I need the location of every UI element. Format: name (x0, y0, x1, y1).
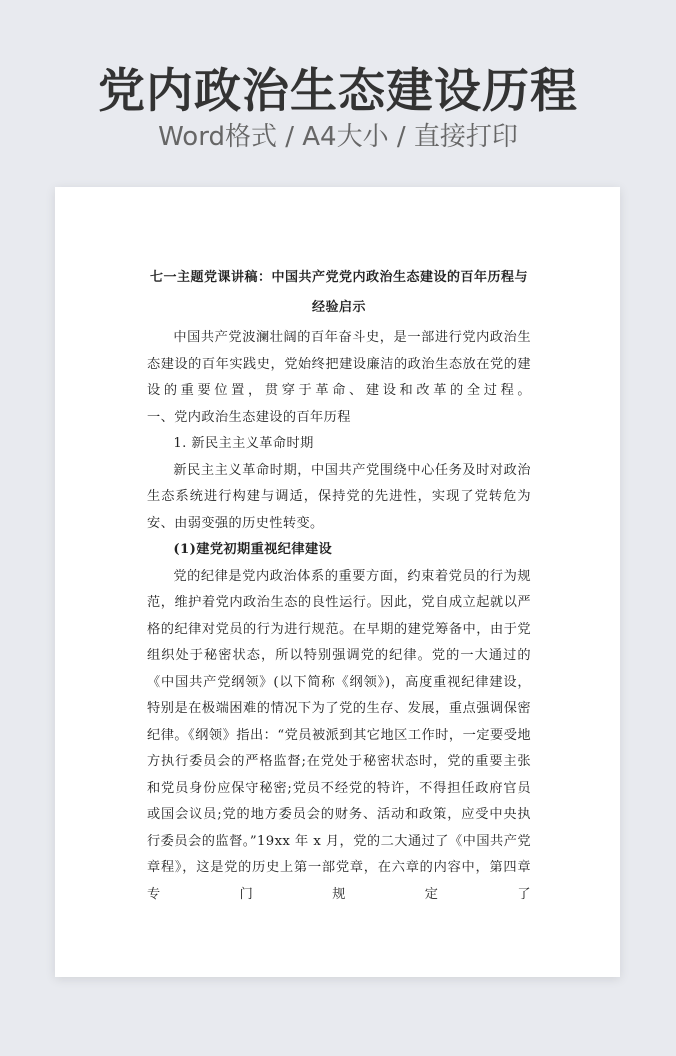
paragraph: 党的纪律是党内政治体系的重要方面，约束着党员的行为规范，维护着党内政治生态的良性… (147, 564, 531, 909)
banner-title: 党内政治生态建设历程 (0, 62, 676, 122)
section-heading: 一、党内政治生态建设的百年历程 (147, 405, 531, 432)
subsubsection-heading: (1)建党初期重视纪律建设 (147, 537, 531, 564)
banner-subtitle: Word格式 / A4大小 / 直接打印 (0, 120, 676, 154)
intro-paragraph: 中国共产党波澜壮阔的百年奋斗史，是一部进行党内政治生态建设的百年实践史，党始终把… (147, 325, 531, 405)
document-title: 七一主题党课讲稿：中国共产党党内政治生态建设的百年历程与经验启示 (147, 263, 531, 323)
document-body: 七一主题党课讲稿：中国共产党党内政治生态建设的百年历程与经验启示 中国共产党波澜… (147, 263, 531, 908)
subsection-heading: 1. 新民主主义革命时期 (147, 431, 531, 458)
document-page: 七一主题党课讲稿：中国共产党党内政治生态建设的百年历程与经验启示 中国共产党波澜… (55, 187, 620, 977)
paragraph: 新民主主义革命时期，中国共产党围绕中心任务及时对政治生态系统进行构建与调适，保持… (147, 458, 531, 538)
